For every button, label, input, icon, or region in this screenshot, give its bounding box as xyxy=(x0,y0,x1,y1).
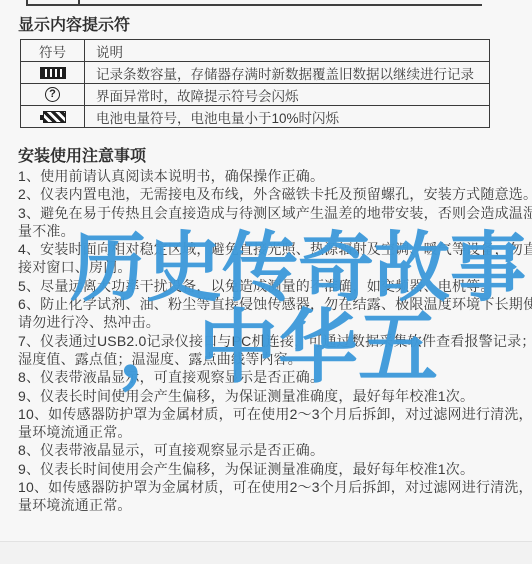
symbol-legend-table: 符号 说明 记录条数容量，存储器存满时新数据覆盖旧数据以继续进行记录 ? 界面异… xyxy=(20,39,490,128)
manual-page: { "page": { "heading_display": "显示内容提示符"… xyxy=(0,0,532,564)
cropped-table-column-divider xyxy=(78,0,80,5)
note-line: 10、如传感器防护罩为金属材质，可在使用2～3个月后拆卸，对过滤网进行清洗，使测 xyxy=(18,405,518,423)
symbol-description: 界面异常时，故障提示符号会闪烁 xyxy=(85,84,490,106)
note-line: 8、仪表带液晶显示，可直接观察显示是否正确。 xyxy=(18,441,518,459)
display-symbols-heading: 显示内容提示符 xyxy=(18,12,130,35)
description-column-header: 说明 xyxy=(85,40,490,62)
install-notes-heading: 安装使用注意事项 xyxy=(18,143,146,166)
cropped-table-left-border xyxy=(26,0,28,5)
watermark-text-line2: ，中华五 xyxy=(118,283,438,398)
table-header-row: 符号 说明 xyxy=(21,40,490,62)
note-line: 9、仪表长时间使用会产生偏移，为保证测量准确度，最好每年校准1次。 xyxy=(18,460,518,478)
note-line: 量环境流通正常。 xyxy=(18,423,518,441)
cropped-table-bottom-border xyxy=(26,4,482,6)
table-row: ? 界面异常时，故障提示符号会闪烁 xyxy=(21,84,490,106)
note-line: 10、如传感器防护罩为金属材质，可在使用2～3个月后拆卸，对过滤网进行清洗，使测 xyxy=(18,478,518,496)
symbol-description: 记录条数容量，存储器存满时新数据覆盖旧数据以继续进行记录 xyxy=(85,62,490,84)
record-capacity-icon xyxy=(40,67,66,79)
page-bottom-strip xyxy=(0,541,532,564)
table-row: 电池电量符号，电池电量小于10%时闪烁 xyxy=(21,106,490,128)
symbol-column-header: 符号 xyxy=(21,40,85,62)
note-line: 量环境流通正常。 xyxy=(18,496,518,514)
battery-level-icon xyxy=(43,111,66,123)
battery-terminal xyxy=(40,115,43,120)
symbol-description: 电池电量符号，电池电量小于10%时闪烁 xyxy=(85,106,490,128)
note-line: 1、使用前请认真阅读本说明书，确保操作正确。 xyxy=(18,167,518,185)
fault-alert-icon: ? xyxy=(45,87,60,102)
note-line: 2、仪表内置电池，无需接电及布线，外含磁铁卡托及预留螺孔，安装方式随意选。 xyxy=(18,185,518,203)
table-row: 记录条数容量，存储器存满时新数据覆盖旧数据以继续进行记录 xyxy=(21,62,490,84)
